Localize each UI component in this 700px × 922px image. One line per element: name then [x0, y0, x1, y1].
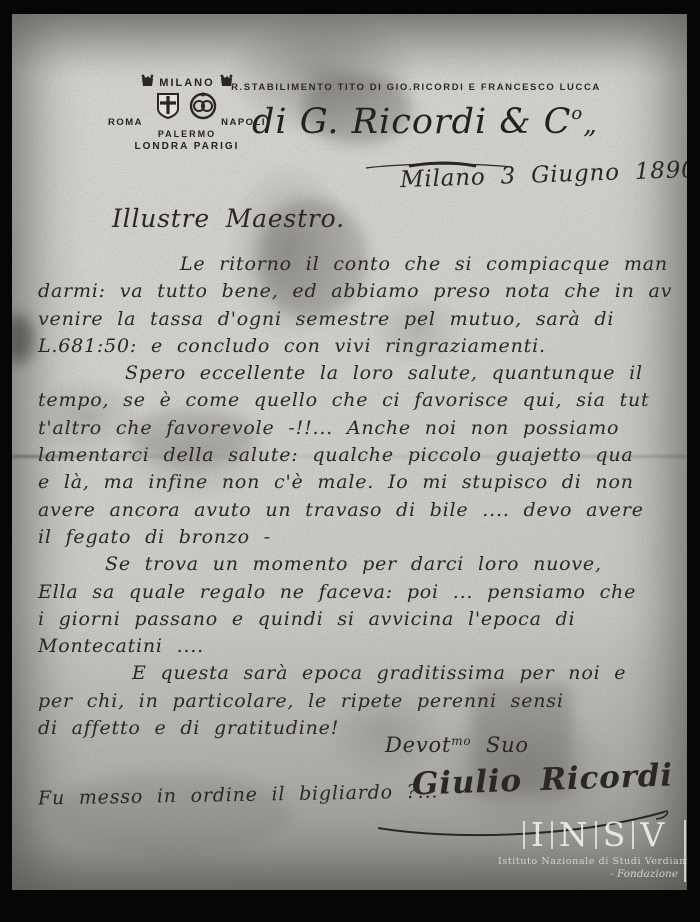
letter-line: E questa sarà epoca graditissima per noi… — [132, 660, 678, 687]
letter-line: i giorni passano e quindi si avvicina l'… — [38, 606, 678, 633]
savoy-shield-icon — [156, 92, 180, 125]
letter-line: per chi, in particolare, le ripete peren… — [38, 688, 678, 715]
letter-line: t'altro che favorevole -!!... Anche noi … — [38, 415, 678, 442]
letterhead-printed-line: R.STABILIMENTO TITO DI GIO.RICORDI E FRA… — [230, 82, 602, 93]
letter-line: L.681:50: e concludo con vivi ringraziam… — [38, 333, 678, 360]
letter-line: Montecatini .... — [38, 633, 678, 660]
signature: Giulio Ricordi — [411, 757, 673, 802]
letter-line: lamentarci della salute: qualche piccolo… — [38, 442, 678, 469]
letter-line: tempo, se è come quello che ci favorisce… — [38, 387, 678, 414]
stain — [12, 314, 34, 364]
rings-medallion-icon — [188, 92, 218, 125]
scan-background: { "colors": { "background": "#060606", "… — [0, 0, 700, 922]
letter-line: Se trova un momento per darci loro nuove… — [105, 551, 678, 578]
letter-line: Spero eccellente la loro salute, quantun… — [125, 360, 678, 387]
salutation: Illustre Maestro. — [112, 204, 345, 233]
letter-page: MILANO ROMA NAPOLI PALERMO LONDRA PARIGI… — [12, 14, 687, 890]
emblem-city-palermo: PALERMO — [108, 129, 266, 139]
letter-line: avere ancora avuto un travaso di bile ..… — [38, 497, 678, 524]
letter-line: venire la tassa d'ogni semestre pel mutu… — [38, 306, 678, 333]
letter-line: Ella sa quale regalo ne faceva: poi ... … — [38, 579, 678, 606]
watermark-institute-name: Istituto Nazionale di Studi Verdiani — [498, 856, 684, 867]
emblem-cities-londra-parigi: LONDRA PARIGI — [108, 141, 266, 152]
company-name-script: di G. Ricordi & Co„ — [252, 102, 582, 142]
insv-watermark: INSV Istituto Nazionale di Studi Verdian… — [498, 818, 684, 880]
letter-line: darmi: va tutto bene, ed abbiamo preso n… — [38, 278, 678, 305]
watermark-rule — [684, 820, 686, 882]
closing-valediction: Devotmo Suo — [385, 733, 529, 757]
emblem-city-milano: MILANO — [159, 77, 214, 89]
letter-line: e là, ma infine non c'è male. Io mi stup… — [38, 469, 678, 496]
letter-line: di affetto e di gratitudine! — [38, 715, 678, 742]
watermark-foundation-label: - Fondazione — [498, 868, 684, 880]
letter-line: il fegato di bronzo - — [38, 524, 678, 551]
emblem-city-roma: ROMA — [108, 117, 143, 128]
watermark-acronym: INSV — [498, 818, 684, 852]
letter-line: Le ritorno il conto che si compiacque ma… — [180, 251, 678, 278]
crest-icon-left — [140, 74, 155, 91]
letter-body: Le ritorno il conto che si compiacque ma… — [38, 251, 678, 742]
